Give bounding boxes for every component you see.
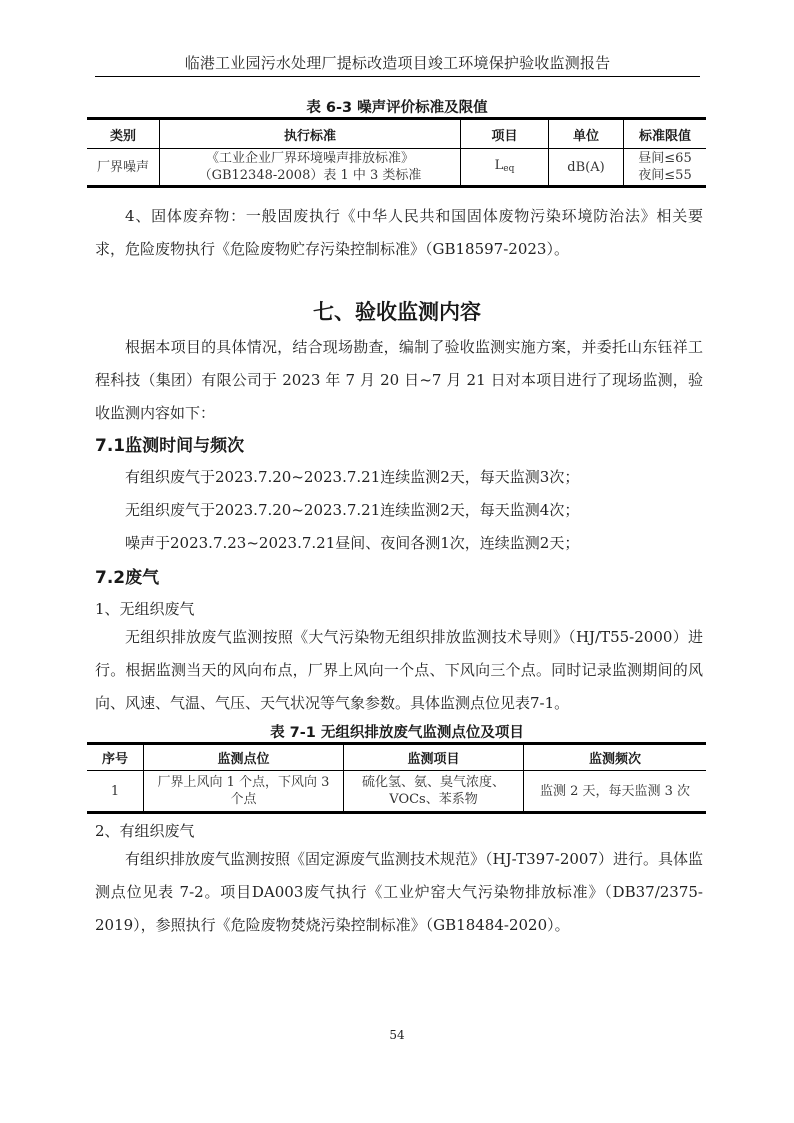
organized-paragraph: 有组织排放废气监测按照《固定源废气监测技术规范》（HJ-T397-2007）进行… [95,843,703,942]
schedule-line-noise: 噪声于2023.7.23~2023.7.21昼间、夜间各测1次，连续监测2天； [125,532,579,553]
section-7-2-title: 7.2废气 [95,563,159,588]
table-7-1: 序号 监测点位 监测项目 监测频次 1 厂界上风向 1 个点，下风向 3 个点 … [87,742,706,814]
col-header-items: 监测项目 [344,744,524,771]
limit-day: 昼间≤65 [624,150,706,167]
col-header-frequency: 监测频次 [524,744,707,771]
point-line-2: 个点 [144,791,343,808]
section-7-1-title: 7.1监测时间与频次 [95,431,244,456]
cell-standard: 《工业企业厂界环境噪声排放标准》 （GB12348-2008）表 1 中 3 类… [160,149,461,187]
subsection-organized-title: 2、有组织废气 [95,820,195,841]
item-main: L [495,158,504,173]
table-7-1-caption: 表 7-1 无组织排放废气监测点位及项目 [87,721,707,742]
items-line-1: 硫化氢、氨、臭气浓度、 [344,774,523,791]
header-rule [95,76,700,77]
item-sub: eq [503,164,514,174]
col-header-no: 序号 [87,744,144,771]
table-row: 1 厂界上风向 1 个点，下风向 3 个点 硫化氢、氨、臭气浓度、 VOCs、苯… [87,771,706,813]
standard-line-2: （GB12348-2008）表 1 中 3 类标准 [160,167,460,184]
cell-no: 1 [87,771,144,813]
standard-line-1: 《工业企业厂界环境噪声排放标准》 [160,150,460,167]
subsection-unorganized-title: 1、无组织废气 [95,598,195,619]
schedule-line-unorganized: 无组织废气于2023.7.20~2023.7.21连续监测2天，每天监测4次； [125,499,579,520]
cell-item: Leq [461,149,549,187]
col-header-limit: 标准限值 [624,119,707,149]
col-header-unit: 单位 [549,119,624,149]
cell-category: 厂界噪声 [87,149,160,187]
col-header-standard: 执行标准 [160,119,461,149]
table-row: 厂界噪声 《工业企业厂界环境噪声排放标准》 （GB12348-2008）表 1 … [87,149,706,187]
page-number: 54 [0,1028,794,1042]
limit-night: 夜间≤55 [624,167,706,184]
unorganized-paragraph: 无组织排放废气监测按照《大气污染物无组织排放监测技术导则》（HJ/T55-200… [95,621,703,720]
cell-limit: 昼间≤65 夜间≤55 [624,149,707,187]
cell-items: 硫化氢、氨、臭气浓度、 VOCs、苯系物 [344,771,524,813]
section-7-title: 七、验收监测内容 [87,296,707,326]
schedule-line-organized: 有组织废气于2023.7.20~2023.7.21连续监测2天，每天监测3次； [125,466,579,487]
point-line-1: 厂界上风向 1 个点，下风向 3 [144,774,343,791]
col-header-point: 监测点位 [144,744,344,771]
items-line-2: VOCs、苯系物 [344,791,523,808]
solid-waste-paragraph: 4、固体废弃物：一般固废执行《中华人民共和国固体废物污染环境防治法》相关要求，危… [95,200,703,266]
col-header-item: 项目 [461,119,549,149]
table-6-3: 类别 执行标准 项目 单位 标准限值 厂界噪声 《工业企业厂界环境噪声排放标准》… [87,117,706,188]
cell-point: 厂界上风向 1 个点，下风向 3 个点 [144,771,344,813]
section-7-intro: 根据本项目的具体情况，结合现场勘查，编制了验收监测实施方案，并委托山东钰祥工程科… [95,331,703,430]
cell-frequency: 监测 2 天，每天监测 3 次 [524,771,707,813]
page-header-title: 临港工业园污水处理厂提标改造项目竣工环境保护验收监测报告 [95,52,700,73]
cell-unit: dB(A) [549,149,624,187]
table-6-3-caption: 表 6-3 噪声评价标准及限值 [87,96,707,117]
col-header-category: 类别 [87,119,160,149]
